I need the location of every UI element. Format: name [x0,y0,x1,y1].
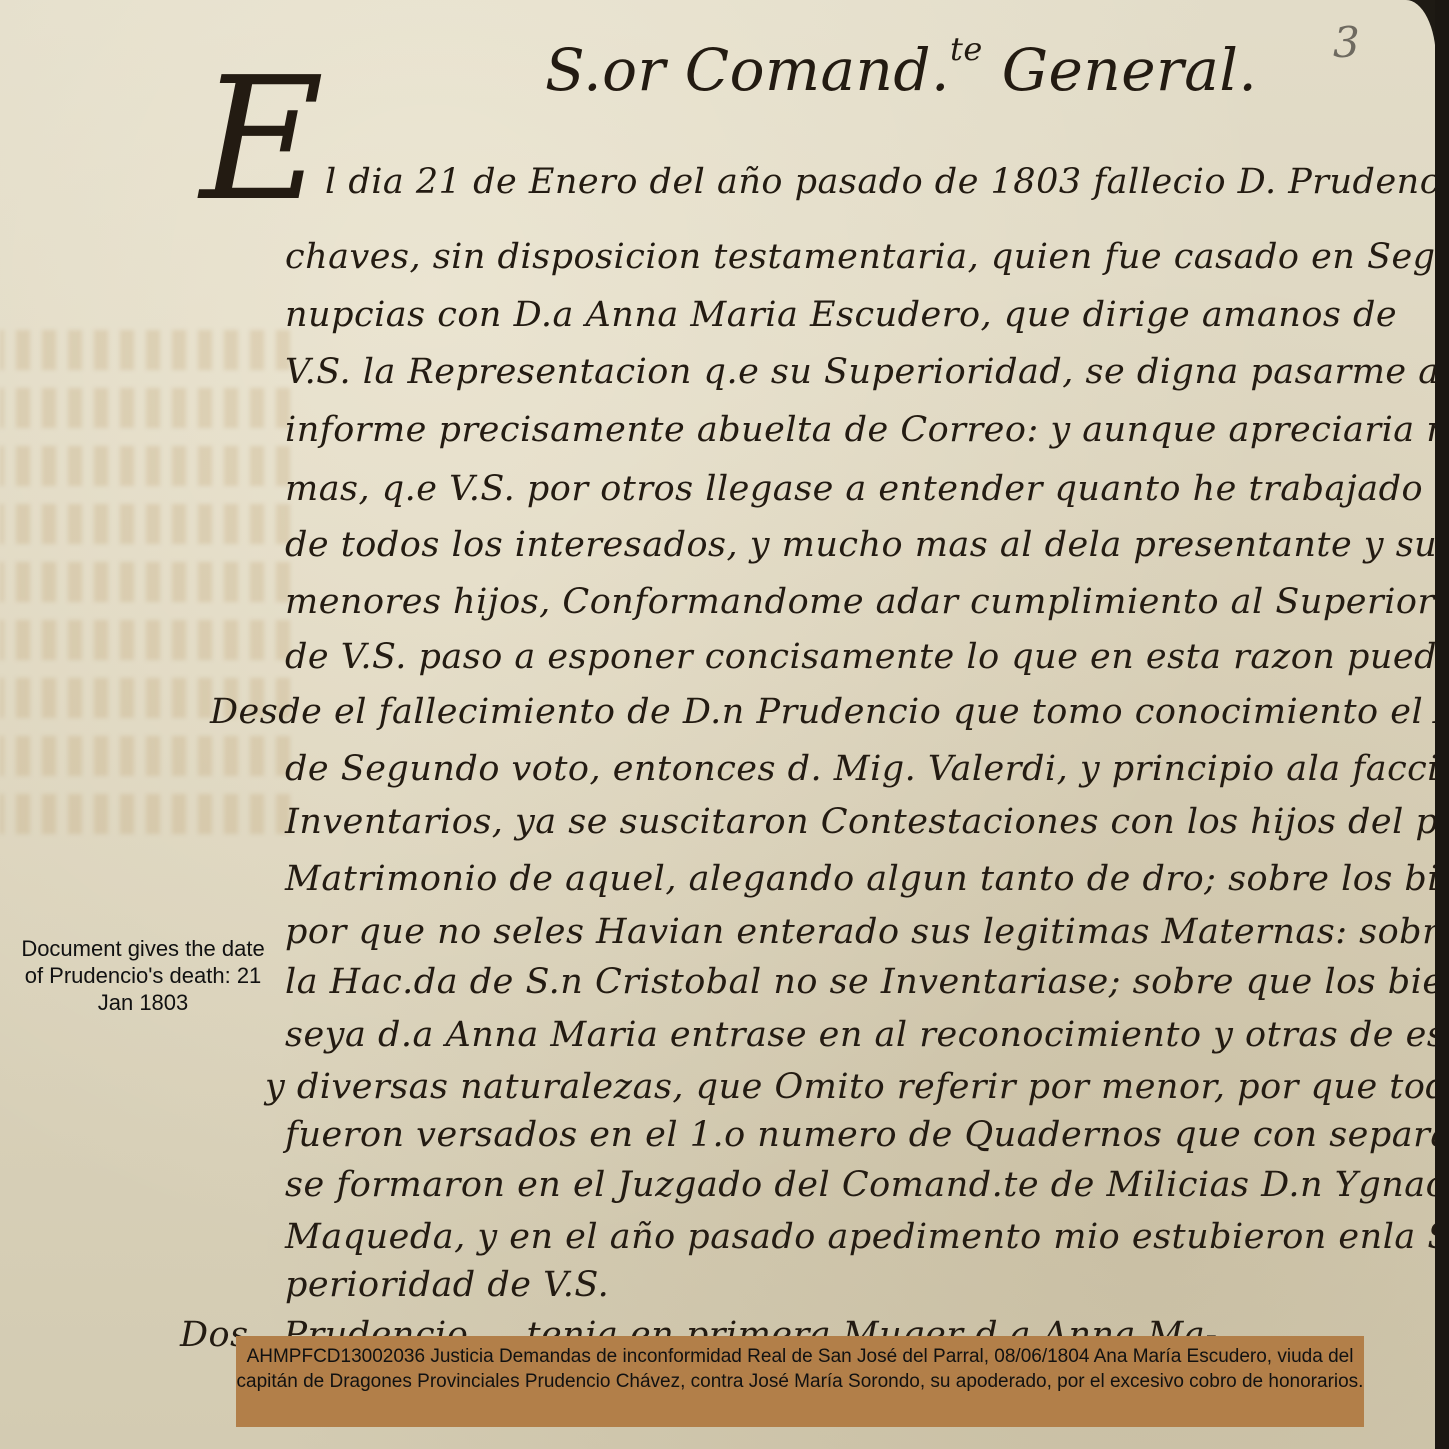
manuscript-line: informe precisamente abuelta de Correo: … [285,413,1449,448]
manuscript-line: fueron versados en el 1.o numero de Quad… [285,1118,1449,1153]
manuscript-line: de todos los interesados, y mucho mas al… [285,528,1449,563]
ink-bleedthrough [0,330,290,890]
manuscript-line: l dia 21 de Enero del año pasado de 1803… [325,165,1449,200]
manuscript-line: mas, q.e V.S. por otros llegase a entend… [285,472,1449,507]
manuscript-line: V.S. la Representacion q.e su Superiorid… [285,355,1449,390]
manuscript-line: nupcias con D.a Anna Maria Escudero, que… [285,298,1397,333]
manuscript-line: y diversas naturalezas, que Omito referi… [265,1070,1449,1105]
manuscript-line: seya d.a Anna Maria entrase en al recono… [285,1018,1449,1053]
manuscript-line: la Hac.da de S.n Cristobal no se Inventa… [285,965,1449,1000]
manuscript-line: perioridad de V.S. [285,1268,609,1303]
manuscript-line: Inventarios, ya se suscitaron Contestaci… [285,805,1449,840]
manuscript-line: chaves, sin disposicion testamentaria, q… [285,240,1449,275]
manuscript-line: Matrimonio de aquel, alegando algun tant… [285,862,1449,897]
folio-number: 3 [1333,18,1360,67]
annotation-note: Document gives the date of Prudencio's d… [18,935,268,1016]
manuscript-line: Maqueda, y en el año pasado apedimento m… [285,1220,1449,1255]
decorated-initial: E [200,55,324,225]
manuscript-line: Desde el fallecimiento de D.n Prudencio … [210,695,1449,730]
manuscript-line: de V.S. paso a esponer concisamente lo q… [285,640,1449,675]
document-heading: S.or Comand.te General. [545,30,1257,104]
manuscript-line: menores hijos, Conformandome adar cumpli… [285,585,1449,620]
manuscript-line: por que no seles Havian enterado sus leg… [285,915,1449,950]
manuscript-line: se formaron en el Juzgado del Comand.te … [285,1168,1449,1203]
manuscript-line: de Segundo voto, entonces d. Mig. Valerd… [285,752,1449,787]
scan-background-edge [1435,0,1449,1449]
archive-caption: AHMPFCD13002036 Justicia Demandas de inc… [236,1336,1364,1427]
manuscript-page: 3 E S.or Comand.te General. l dia 21 de … [0,0,1436,1449]
